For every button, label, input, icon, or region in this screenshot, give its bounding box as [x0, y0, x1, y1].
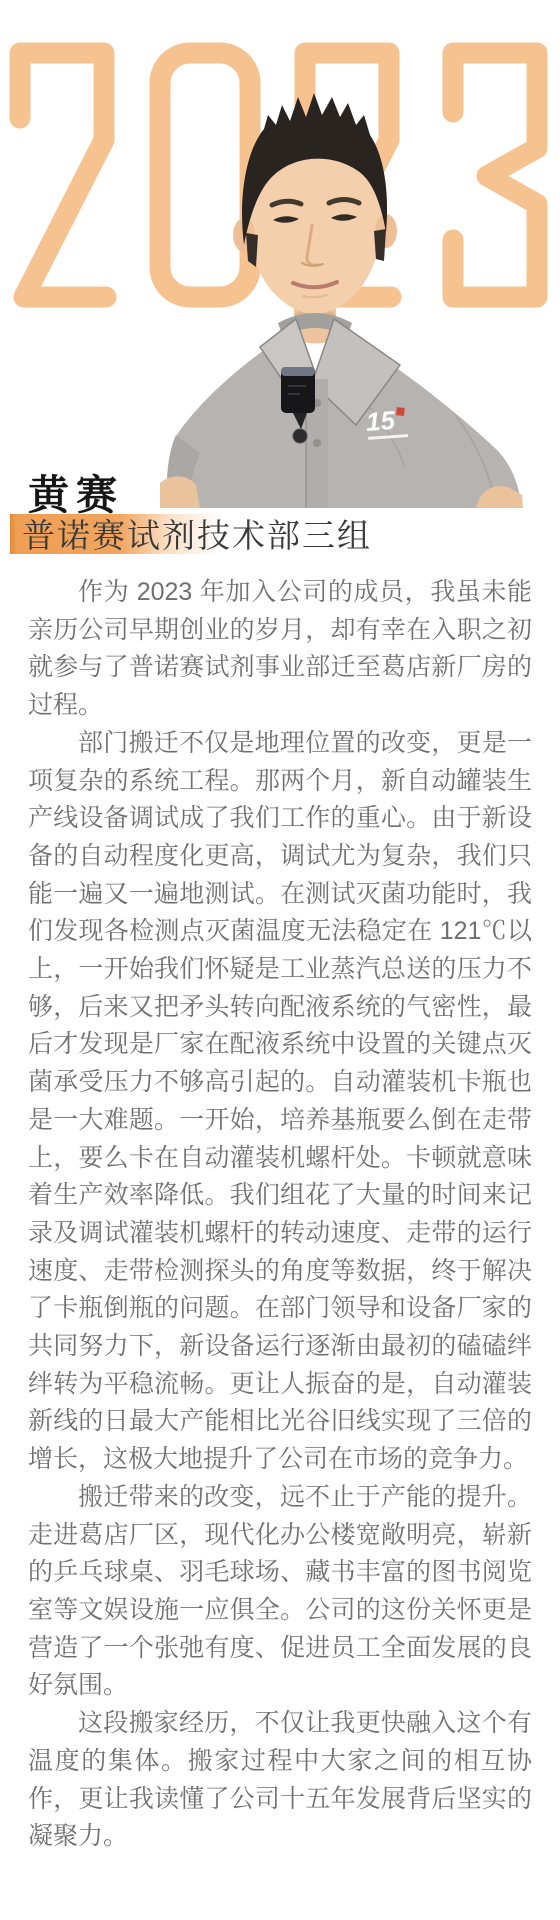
paragraph-3: 搬迁带来的改变，远不止于产能的提升。走进葛店厂区，现代化办公楼宽敞明亮，崭新的乒…	[28, 1479, 532, 1705]
shirt-badge-number: 15	[365, 405, 396, 437]
paragraph-4: 这段搬家经历，不仅让我更快融入这个有温度的集体。搬家过程中大家之间的相互协作，更…	[28, 1705, 532, 1856]
department-banner: 普诺赛试剂技术部三组	[0, 512, 560, 556]
testimonial-article: 作为 2023 年加入公司的成员，我虽未能亲历公司早期创业的岁月，却有幸在入职之…	[28, 574, 532, 1856]
paragraph-2: 部门搬迁不仅是地理位置的改变，更是一项复杂的系统工程。那两个月，新自动罐装生产线…	[28, 725, 532, 1479]
paragraph-1: 作为 2023 年加入公司的成员，我虽未能亲历公司早期创业的岁月，却有幸在入职之…	[28, 574, 532, 725]
portrait-photo: 15	[160, 85, 560, 508]
button	[313, 439, 321, 447]
digit-2	[20, 53, 106, 297]
article-page: 2023	[0, 0, 560, 1920]
department-label: 普诺赛试剂技术部三组	[22, 516, 372, 556]
person-name: 黄赛	[28, 475, 124, 516]
